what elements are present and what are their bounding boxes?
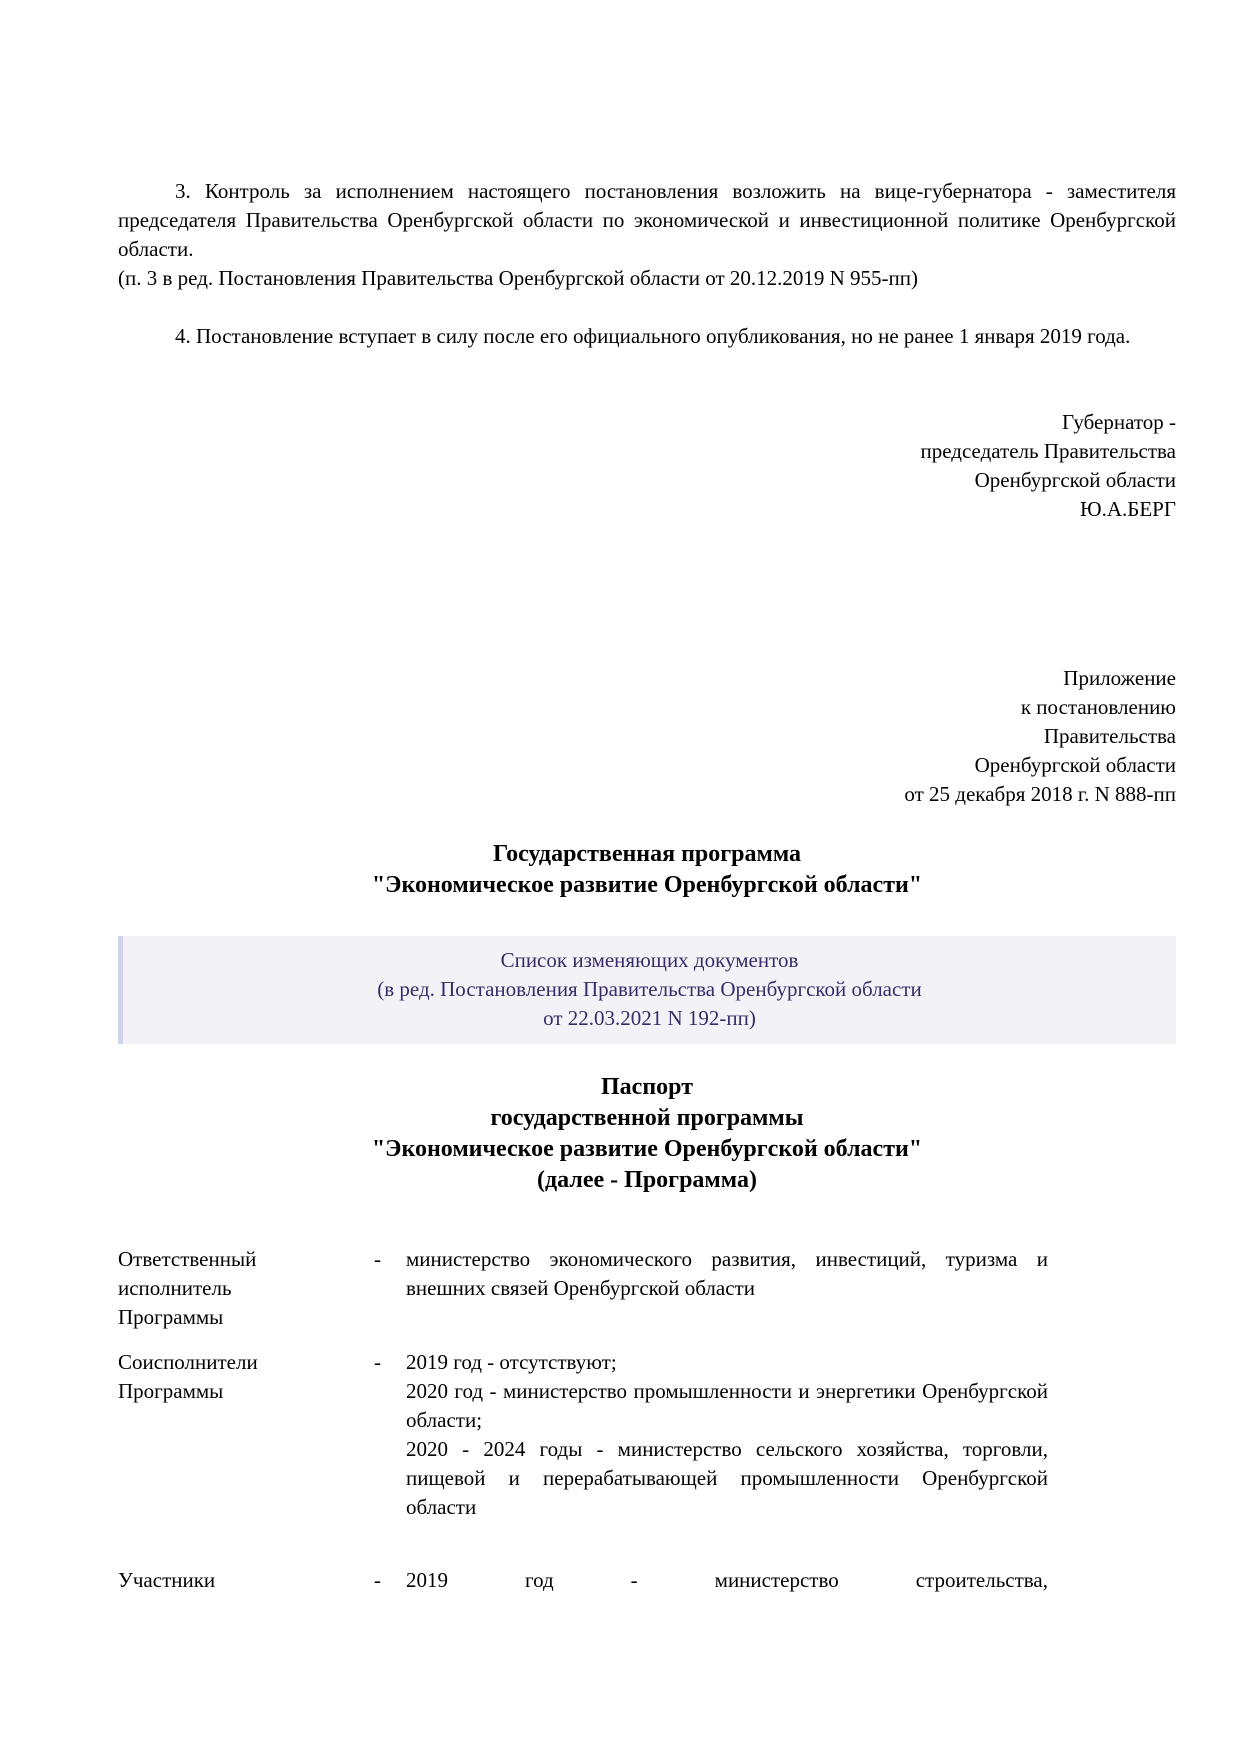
passport-row-value: 2019 год - министерство строительства, [406, 1566, 1048, 1595]
passport-row-value-line: 2020 год - министерство промышленности и… [406, 1377, 1048, 1435]
passport-title-line-2: государственной программы [118, 1103, 1176, 1134]
amending-documents-heading: Список изменяющих документов [123, 946, 1176, 975]
signature-name: Ю.А.БЕРГ [920, 495, 1176, 524]
paragraph-3-text: 3. Контроль за исполнением настоящего по… [118, 177, 1176, 264]
passport-row-value: 2019 год - отсутствуют; 2020 год - минис… [406, 1348, 1048, 1522]
signature-position-line-1: Губернатор - [920, 408, 1176, 437]
passport-row-dash: - [374, 1566, 406, 1595]
paragraph-3: 3. Контроль за исполнением настоящего по… [118, 177, 1176, 293]
appendix-line-5: от 25 декабря 2018 г. N 888-пп [904, 780, 1176, 809]
passport-row-responsible-executor: Ответственный исполнитель Программы - ми… [118, 1245, 1048, 1332]
signature-position-line-3: Оренбургской области [920, 466, 1176, 495]
appendix-line-2: к постановлению [904, 693, 1176, 722]
passport-row-value: министерство экономического развития, ин… [406, 1245, 1048, 1332]
passport-row-label: Ответственный исполнитель Программы [118, 1245, 268, 1332]
passport-row-co-executors: Соисполнители Программы - 2019 год - отс… [118, 1348, 1048, 1522]
passport-title-line-4: (далее - Программа) [118, 1165, 1176, 1196]
appendix-line-4: Оренбургской области [904, 751, 1176, 780]
passport-title-line-3: "Экономическое развитие Оренбургской обл… [118, 1134, 1176, 1165]
appendix-line-1: Приложение [904, 664, 1176, 693]
appendix-header: Приложение к постановлению Правительства… [904, 664, 1176, 809]
paragraph-3-amendment-note: (п. 3 в ред. Постановления Правительства… [118, 264, 1176, 293]
signature-position-line-2: председатель Правительства [920, 437, 1176, 466]
program-title-line-1: Государственная программа [118, 839, 1176, 870]
paragraph-4: 4. Постановление вступает в силу после е… [118, 322, 1176, 351]
passport-row-label: Участники [118, 1566, 374, 1595]
passport-row-dash: - [374, 1245, 406, 1332]
passport-row-participants: Участники - 2019 год - министерство стро… [118, 1566, 1048, 1595]
paragraph-4-text: 4. Постановление вступает в силу после е… [118, 322, 1176, 351]
passport-row-value-line: 2020 - 2024 годы - министерство сельског… [406, 1435, 1048, 1522]
amending-documents-line-3: от 22.03.2021 N 192-пп) [123, 1004, 1176, 1033]
amending-documents-line-2: (в ред. Постановления Правительства Орен… [123, 975, 1176, 1004]
passport-row-value-line: 2019 год - министерство строительства, [406, 1566, 1048, 1595]
passport-title-line-1: Паспорт [118, 1072, 1176, 1103]
signature-block: Губернатор - председатель Правительства … [920, 408, 1176, 524]
passport-row-dash: - [374, 1348, 406, 1522]
passport-title: Паспорт государственной программы "Эконо… [118, 1072, 1176, 1196]
passport-row-label: Соисполнители Программы [118, 1348, 268, 1522]
passport-row-value-line: министерство экономического развития, ин… [406, 1245, 1048, 1303]
appendix-line-3: Правительства [904, 722, 1176, 751]
passport-row-value-line: 2019 год - отсутствуют; [406, 1348, 1048, 1377]
program-title: Государственная программа "Экономическое… [118, 839, 1176, 901]
program-title-line-2: "Экономическое развитие Оренбургской обл… [118, 870, 1176, 901]
amending-documents-box: Список изменяющих документов (в ред. Пос… [118, 936, 1176, 1044]
